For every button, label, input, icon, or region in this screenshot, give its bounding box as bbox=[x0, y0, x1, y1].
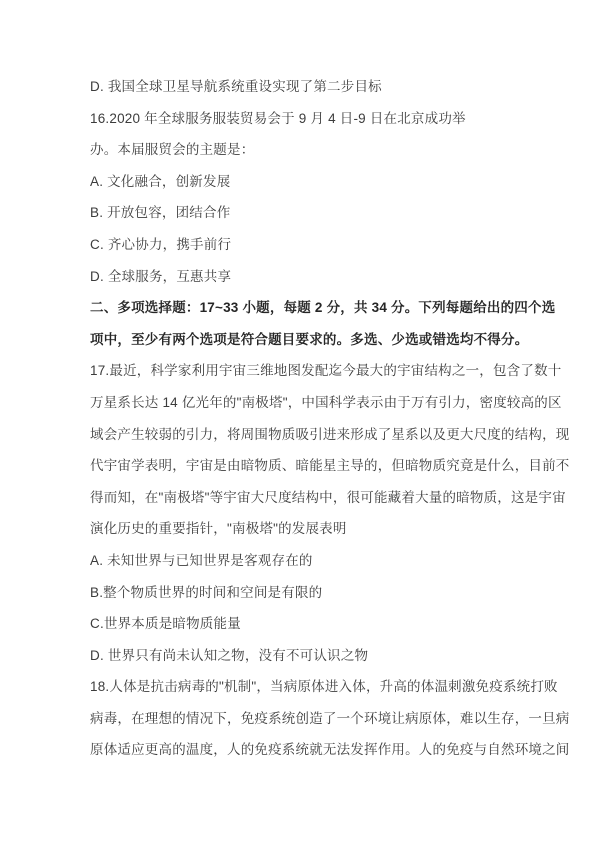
q17-option-b: B.整个物质世界的时间和空间是有限的 bbox=[90, 577, 525, 609]
q16-option-b: B. 开放包容，团结合作 bbox=[90, 197, 525, 229]
q16-stem-line-2: 办。本届服贸会的主题是： bbox=[90, 134, 525, 166]
q16-option-d: D. 全球服务，互惠共享 bbox=[90, 261, 525, 293]
q18-stem-line-1: 18.人体是抗击病毒的"机制"，当病原体进入体，升高的体温刺激免疫系统打败 bbox=[90, 671, 525, 703]
q17-stem-line-5: 得而知，在"南极塔"等宇宙大尺度结构中，很可能藏着大量的暗物质，这是宇宙 bbox=[90, 482, 525, 514]
q17-option-c: C.世界本质是暗物质能量 bbox=[90, 608, 525, 640]
q17-option-d: D. 世界只有尚未认知之物，没有不可认识之物 bbox=[90, 640, 525, 672]
q17-stem-line-3: 域会产生较弱的引力，将周围物质吸引进来形成了星系以及更大尺度的结构，现 bbox=[90, 419, 525, 451]
q16-option-c: C. 齐心协力，携手前行 bbox=[90, 229, 525, 261]
q18-stem-line-3: 原体适应更高的温度，人的免疫系统就无法发挥作用。人的免疫与自然环境之间 bbox=[90, 734, 525, 766]
section-2-header-line-1: 二、多项选择题：17~33 小题，每题 2 分，共 34 分。下列每题给出的四个… bbox=[90, 292, 525, 324]
q16-stem-line-1: 16.2020 年全球服务服装贸易会于 9 月 4 日-9 日在北京成功举 bbox=[90, 103, 525, 135]
section-2-header-line-2: 项中，至少有两个选项是符合题目要求的。多选、少选或错选均不得分。 bbox=[90, 324, 525, 356]
q18-stem-line-2: 病毒，在理想的情况下，免疫系统创造了一个环境让病原体，难以生存，一旦病 bbox=[90, 703, 525, 735]
q17-stem-line-2: 万星系长达 14 亿光年的"南极塔"，中国科学表示由于万有引力，密度较高的区 bbox=[90, 387, 525, 419]
q17-stem-line-4: 代宇宙学表明，宇宙是由暗物质、暗能星主导的，但暗物质究竟是什么，目前不 bbox=[90, 450, 525, 482]
q16-option-a: A. 文化融合，创新发展 bbox=[90, 166, 525, 198]
q15-option-d: D. 我国全球卫星导航系统重设实现了第二步目标 bbox=[90, 71, 525, 103]
q17-stem-line-6: 演化历史的重要指针，"南极塔"的发展表明 bbox=[90, 513, 525, 545]
q17-option-a: A. 未知世界与已知世界是客观存在的 bbox=[90, 545, 525, 577]
q17-stem-line-1: 17.最近，科学家利用宇宙三维地图发配迄今最大的宇宙结构之一，包含了数十 bbox=[90, 355, 525, 387]
exam-document-page: D. 我国全球卫星导航系统重设实现了第二步目标 16.2020 年全球服务服装贸… bbox=[0, 0, 595, 841]
